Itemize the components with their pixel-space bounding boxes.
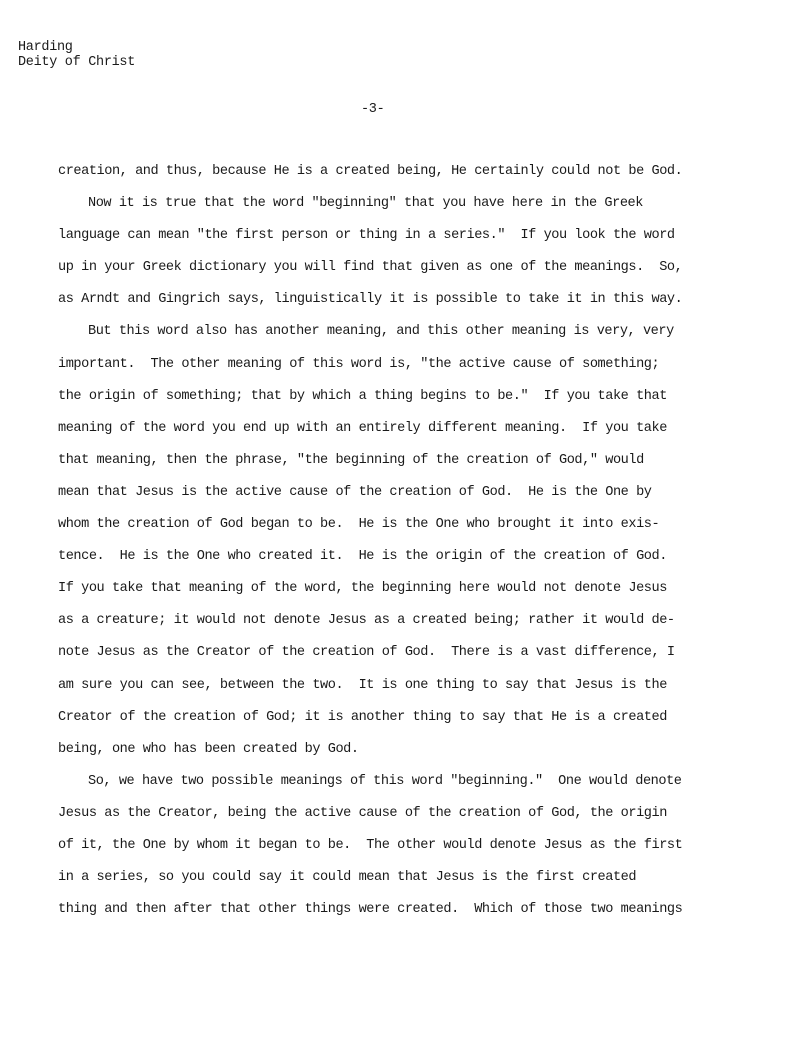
- text-line: If you take that meaning of the word, th…: [58, 580, 758, 612]
- document-header: Harding Deity of Christ: [18, 40, 135, 70]
- paragraph-start-line: Now it is true that the word "beginning"…: [58, 195, 758, 227]
- text-line: creation, and thus, because He is a crea…: [58, 163, 758, 195]
- text-line: being, one who has been created by God.: [58, 741, 758, 773]
- page-number: -3-: [361, 102, 384, 117]
- text-line: am sure you can see, between the two. It…: [58, 677, 758, 709]
- text-line: thing and then after that other things w…: [58, 901, 758, 933]
- text-line: important. The other meaning of this wor…: [58, 356, 758, 388]
- text-line: as Arndt and Gingrich says, linguistical…: [58, 291, 758, 323]
- text-line: mean that Jesus is the active cause of t…: [58, 484, 758, 516]
- text-line: tence. He is the One who created it. He …: [58, 548, 758, 580]
- paragraph-start-line: So, we have two possible meanings of thi…: [58, 773, 758, 805]
- text-line: up in your Greek dictionary you will fin…: [58, 259, 758, 291]
- text-line: language can mean "the first person or t…: [58, 227, 758, 259]
- text-line: whom the creation of God began to be. He…: [58, 516, 758, 548]
- text-line: in a series, so you could say it could m…: [58, 869, 758, 901]
- text-line: meaning of the word you end up with an e…: [58, 420, 758, 452]
- paragraph-start-line: But this word also has another meaning, …: [58, 323, 758, 355]
- text-line: note Jesus as the Creator of the creatio…: [58, 644, 758, 676]
- author-name: Harding: [18, 40, 135, 55]
- text-line: the origin of something; that by which a…: [58, 388, 758, 420]
- document-title: Deity of Christ: [18, 55, 135, 70]
- text-line: that meaning, then the phrase, "the begi…: [58, 452, 758, 484]
- text-line: as a creature; it would not denote Jesus…: [58, 612, 758, 644]
- body-text: creation, and thus, because He is a crea…: [58, 163, 758, 933]
- text-line: of it, the One by whom it began to be. T…: [58, 837, 758, 869]
- text-line: Creator of the creation of God; it is an…: [58, 709, 758, 741]
- text-line: Jesus as the Creator, being the active c…: [58, 805, 758, 837]
